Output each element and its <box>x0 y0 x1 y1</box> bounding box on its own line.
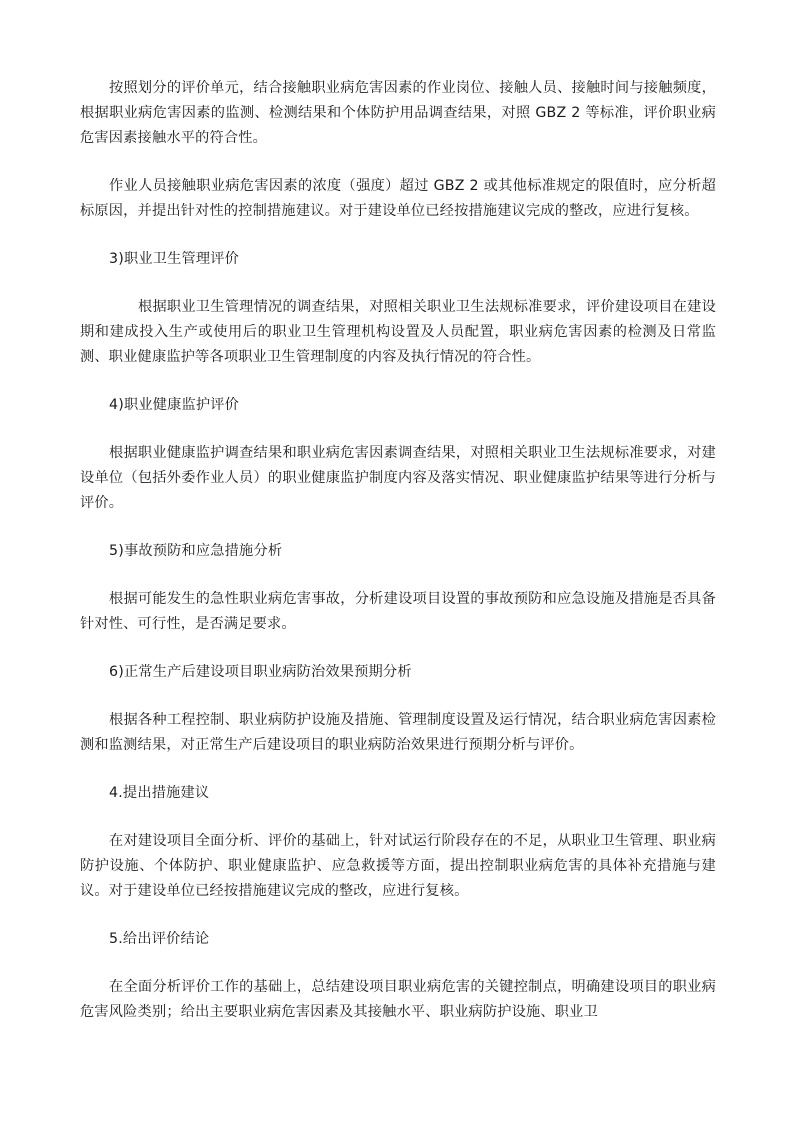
paragraph-health-surveillance: 根据职业健康监护调查结果和职业病危害因素调查结果，对照相关职业卫生法规标准要求，… <box>80 441 716 516</box>
document-page: 按照划分的评价单元，结合接触职业病危害因素的作业岗位、接触人员、接触时间与接触频… <box>80 76 716 1048</box>
paragraph-exposure-evaluation: 按照划分的评价单元，结合接触职业病危害因素的作业岗位、接触人员、接触时间与接触频… <box>80 76 716 151</box>
paragraph-expected-effect: 根据各种工程控制、职业病防护设施及措施、管理制度设置及运行情况，结合职业病危害因… <box>80 708 716 758</box>
heading-management-evaluation: 3)职业卫生管理评价 <box>80 247 716 272</box>
paragraph-accident-prevention: 根据可能发生的急性职业病危害事故，分析建设项目设置的事故预防和应急设施及措施是否… <box>80 587 716 637</box>
paragraph-conclusion: 在全面分析评价工作的基础上，总结建设项目职业病危害的关键控制点，明确建设项目的职… <box>80 975 716 1025</box>
paragraph-recommendations: 在对建设项目全面分析、评价的基础上，针对试运行阶段存在的不足，从职业卫生管理、职… <box>80 829 716 904</box>
heading-conclusion: 5.给出评价结论 <box>80 927 716 952</box>
paragraph-management-evaluation: 根据职业卫生管理情况的调查结果，对照相关职业卫生法规标准要求，评价建设项目在建设… <box>80 295 716 370</box>
heading-recommendations: 4.提出措施建议 <box>80 781 716 806</box>
heading-health-surveillance: 4)职业健康监护评价 <box>80 393 716 418</box>
heading-accident-prevention: 5)事故预防和应急措施分析 <box>80 539 716 564</box>
paragraph-exceedance: 作业人员接触职业病危害因素的浓度（强度）超过 GBZ 2 或其他标准规定的限值时… <box>80 174 716 224</box>
heading-expected-effect: 6)正常生产后建设项目职业病防治效果预期分析 <box>80 660 716 685</box>
